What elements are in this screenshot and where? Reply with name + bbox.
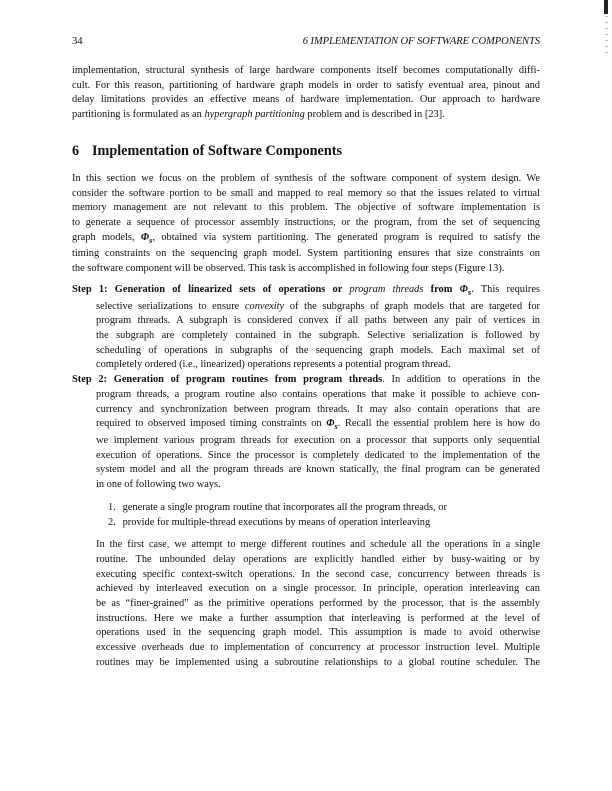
text-line: be as “finer-grained” as the primitive o… bbox=[96, 597, 540, 612]
step-label: Step 1: bbox=[72, 284, 108, 295]
text-run: . Recall the essential problem here is h… bbox=[338, 418, 540, 429]
text-line: selective serializations to ensure conve… bbox=[72, 300, 540, 315]
text-line: in one of following two ways. bbox=[72, 478, 540, 493]
text-line: routine. The unbounded delay operations … bbox=[96, 553, 540, 568]
running-header: 34 6 IMPLEMENTATION OF SOFTWARE COMPONEN… bbox=[72, 36, 540, 50]
text-line: In this section we focus on the problem … bbox=[72, 172, 540, 187]
emphasis-hypergraph: hypergraph partitioning bbox=[204, 109, 304, 120]
step-title: Generation of program routines from prog… bbox=[114, 374, 383, 385]
emphasis-convexity: convexity bbox=[245, 301, 284, 312]
scan-edge-mark bbox=[604, 0, 608, 14]
step-label: Step 2: bbox=[72, 374, 107, 385]
text-run: required to observed imposed timing cons… bbox=[96, 418, 326, 429]
text-line: memory management are not relevant to th… bbox=[72, 201, 540, 216]
text-run: problem and is described in [23]. bbox=[305, 109, 445, 120]
step-title: from bbox=[423, 284, 459, 295]
text-line: the subgraph are completely contained in… bbox=[72, 329, 540, 344]
section-heading: 6Implementation of Software Components bbox=[72, 142, 540, 160]
text-line: routines may be implemented using a subr… bbox=[96, 656, 540, 671]
text-line: achieved by interleaved execution on a s… bbox=[96, 582, 540, 597]
text-run: . In addition to operations in the bbox=[382, 374, 540, 385]
text-line: consider the software portion to be smal… bbox=[72, 187, 540, 202]
step-1-heading-line: Step 1: Generation of linearized sets of… bbox=[72, 283, 540, 300]
text-line: implementation, structural synthesis of … bbox=[72, 64, 540, 79]
step-2: Step 2: Generation of program routines f… bbox=[72, 373, 540, 670]
list-number: 2. bbox=[108, 516, 120, 531]
text-line: system model and all the program threads… bbox=[72, 463, 540, 478]
text-run: graph models, bbox=[72, 232, 141, 243]
list-text: generate a single program routine that i… bbox=[123, 502, 447, 513]
page-body: implementation, structural synthesis of … bbox=[72, 64, 540, 671]
list-number: 1. bbox=[108, 501, 120, 516]
text-line: instructions. Here we make a further ass… bbox=[96, 612, 540, 627]
text-run: partitioning is formulated as an bbox=[72, 109, 204, 120]
emphasis-program-threads: program threads bbox=[349, 284, 423, 295]
phi-symbol: Φ bbox=[141, 232, 149, 243]
section-title: Implementation of Software Components bbox=[92, 143, 342, 159]
text-run: of the subgraphs of graph models that ar… bbox=[284, 301, 540, 312]
text-line: required to observed imposed timing cons… bbox=[72, 417, 540, 434]
text-line: excessive overheads due to implementatio… bbox=[96, 641, 540, 656]
list-item: 2. provide for multiple-thread execution… bbox=[108, 516, 540, 531]
text-line: operations used in the sequencing graph … bbox=[96, 626, 540, 641]
text-run: . This requires bbox=[471, 284, 540, 295]
page-number: 34 bbox=[72, 36, 83, 47]
text-line: delay limitations provides an effective … bbox=[72, 93, 540, 108]
running-title: 6 IMPLEMENTATION OF SOFTWARE COMPONENTS bbox=[303, 36, 540, 47]
text-run: selective serializations to ensure bbox=[96, 301, 245, 312]
closing-paragraph: In the first case, we attempt to merge d… bbox=[72, 538, 540, 670]
text-line: executing specific context-switch operat… bbox=[96, 568, 540, 583]
text-run: , obtained via system partitioning. The … bbox=[152, 232, 540, 243]
section-paragraph: In this section we focus on the problem … bbox=[72, 172, 540, 277]
list-text: provide for multiple-thread executions b… bbox=[123, 517, 431, 528]
text-line: currency and synchronization between pro… bbox=[72, 403, 540, 418]
numbered-list: 1. generate a single program routine tha… bbox=[72, 501, 540, 530]
section-number: 6 bbox=[72, 142, 92, 160]
step-1: Step 1: Generation of linearized sets of… bbox=[72, 283, 540, 373]
scan-edge-dots bbox=[605, 16, 608, 58]
document-page: 34 6 IMPLEMENTATION OF SOFTWARE COMPONEN… bbox=[0, 0, 612, 791]
text-line: In the first case, we attempt to merge d… bbox=[96, 538, 540, 553]
text-line: execution of operations. Since the proce… bbox=[72, 449, 540, 464]
text-line: scheduling of operations in subgraphs of… bbox=[72, 344, 540, 359]
phi-symbol: Φ bbox=[460, 284, 468, 295]
text-line: we implement various program threads for… bbox=[72, 434, 540, 449]
step-title: Generation of linearized sets of operati… bbox=[115, 284, 350, 295]
text-line: to generate a sequence of processor asse… bbox=[72, 216, 540, 231]
text-line: cult. For this reason, partitioning of h… bbox=[72, 79, 540, 94]
text-line: the software component will be observed.… bbox=[72, 262, 540, 277]
text-line: program threads, a program routine also … bbox=[72, 388, 540, 403]
intro-paragraph: implementation, structural synthesis of … bbox=[72, 64, 540, 123]
text-line: completely ordered (i.e., linearized) op… bbox=[72, 358, 540, 373]
text-line: graph models, Φs, obtained via system pa… bbox=[72, 231, 540, 248]
list-item: 1. generate a single program routine tha… bbox=[108, 501, 540, 516]
step-2-heading-line: Step 2: Generation of program routines f… bbox=[72, 373, 540, 388]
text-line: timing constraints on the sequencing gra… bbox=[72, 247, 540, 262]
text-line: program threads. A subgraph is considere… bbox=[72, 314, 540, 329]
text-line: partitioning is formulated as an hypergr… bbox=[72, 108, 540, 123]
